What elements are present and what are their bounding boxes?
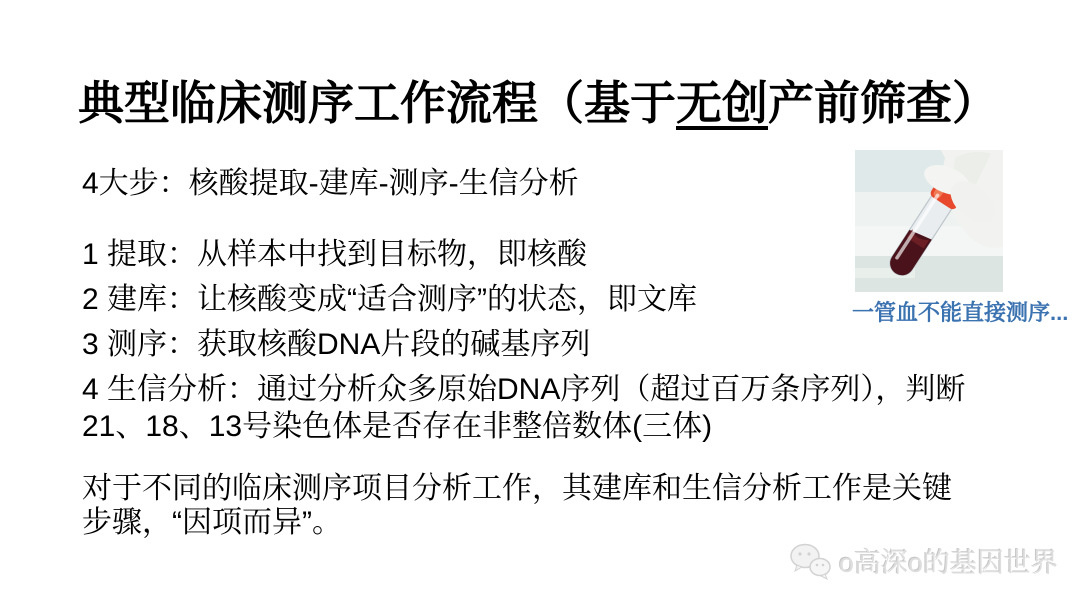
step-bioinformatics: 4 生信分析：通过分析众多原始DNA序列（超过百万条序列），判断21、18、13… <box>82 371 967 445</box>
title-suffix: 产前筛查） <box>768 77 998 129</box>
step-library-prep: 2 建库：让核酸变成“适合测序”的状态，即文库 <box>82 281 967 318</box>
title-prefix: 典型临床测序工作流程（基于 <box>78 77 676 129</box>
slide: 典型临床测序工作流程（基于无创产前筛查） 4大步：核酸提取-建库-测序-生信分析… <box>0 0 1080 608</box>
workflow-summary-line: 4大步：核酸提取-建库-测序-生信分析 <box>82 158 579 202</box>
blood-tube-image <box>855 150 1003 292</box>
watermark: o高深o的基因世界 <box>789 541 1058 580</box>
watermark-text: o高深o的基因世界 <box>839 541 1058 580</box>
title-underlined-term: 无创 <box>676 77 768 129</box>
step-extraction: 1 提取：从样本中找到目标物，即核酸 <box>82 236 967 273</box>
step-sequencing: 3 测序：获取核酸DNA片段的碱基序列 <box>82 326 967 363</box>
closing-paragraph: 对于不同的临床测序项目分析工作，其建库和生信分析工作是关键步骤，“因项而异”。 <box>82 472 967 540</box>
blood-tube-illustration <box>855 150 1003 292</box>
wechat-icon <box>789 542 831 580</box>
workflow-steps: 1 提取：从样本中找到目标物，即核酸 2 建库：让核酸变成“适合测序”的状态，即… <box>82 236 967 453</box>
page-title: 典型临床测序工作流程（基于无创产前筛查） <box>78 67 998 133</box>
figure-caption: 一管血不能直接测序... <box>852 296 1068 327</box>
